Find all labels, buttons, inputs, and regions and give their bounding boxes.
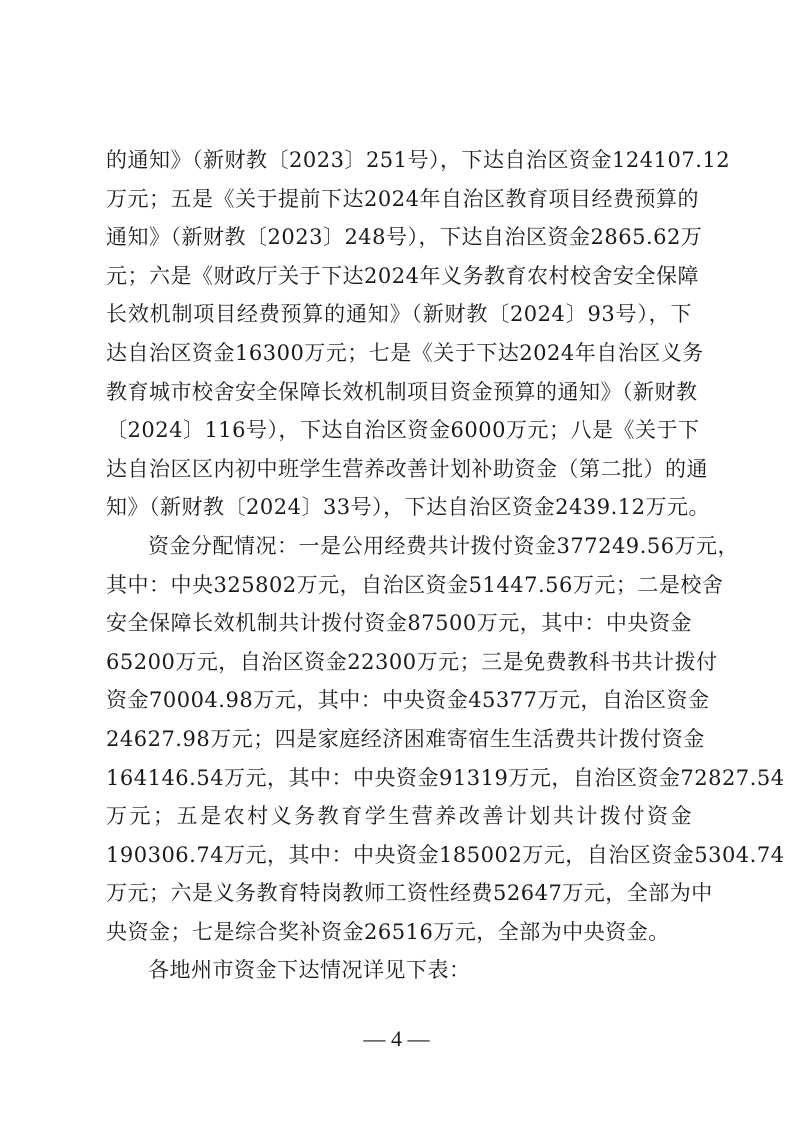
text-line: 央资金；七是综合奖补资金26516万元，全部为中央资金。 [106,913,692,952]
text-line: 190306.74万元，其中：中央资金185002万元，自治区资金5304.74 [106,836,692,875]
text-line: 65200万元，自治区资金22300万元；三是免费教科书共计拨付 [106,643,692,682]
text-line: 万元；五是农村义务教育学生营养改善计划共计拨付资金 [106,797,692,836]
page-number: — 4 — [0,1026,793,1052]
text-line: 其中：中央325802万元，自治区资金51447.56万元；二是校舍 [106,566,692,605]
text-line: 24627.98万元；四是家庭经济困难寄宿生生活费共计拨付资金 [106,720,692,759]
text-line: 万元；五是《关于提前下达2024年自治区教育项目经费预算的 [106,180,692,219]
paragraph-start-line: 资金分配情况：一是公用经费共计拨付资金377249.56万元， [106,527,692,566]
text-line: 教育城市校舍安全保障长效机制项目资金预算的通知》（新财教 [106,373,692,412]
paragraph-start-line: 各地州市资金下达情况详见下表： [106,951,692,990]
text-line: 安全保障长效机制共计拨付资金87500万元，其中：中央资金 [106,604,692,643]
text-line: 通知》（新财教〔2023〕248号），下达自治区资金2865.62万 [106,218,692,257]
body-text: 的通知》（新财教〔2023〕251号），下达自治区资金124107.12 万元；… [106,141,692,990]
text-line: 知》（新财教〔2024〕33号），下达自治区资金2439.12万元。 [106,488,692,527]
text-line: 长效机制项目经费预算的通知》（新财教〔2024〕93号），下 [106,295,692,334]
text-line: 〔2024〕116号），下达自治区资金6000万元；八是《关于下 [106,411,692,450]
document-page: 的通知》（新财教〔2023〕251号），下达自治区资金124107.12 万元；… [0,0,793,1122]
text-line: 164146.54万元，其中：中央资金91319万元，自治区资金72827.54 [106,759,692,798]
text-line: 资金70004.98万元，其中：中央资金45377万元，自治区资金 [106,681,692,720]
text-line: 达自治区资金16300万元；七是《关于下达2024年自治区义务 [106,334,692,373]
text-line: 的通知》（新财教〔2023〕251号），下达自治区资金124107.12 [106,141,692,180]
text-line: 万元；六是义务教育特岗教师工资性经费52647万元，全部为中 [106,874,692,913]
text-line: 达自治区区内初中班学生营养改善计划补助资金（第二批）的通 [106,450,692,489]
text-line: 元；六是《财政厅关于下达2024年义务教育农村校舍安全保障 [106,257,692,296]
